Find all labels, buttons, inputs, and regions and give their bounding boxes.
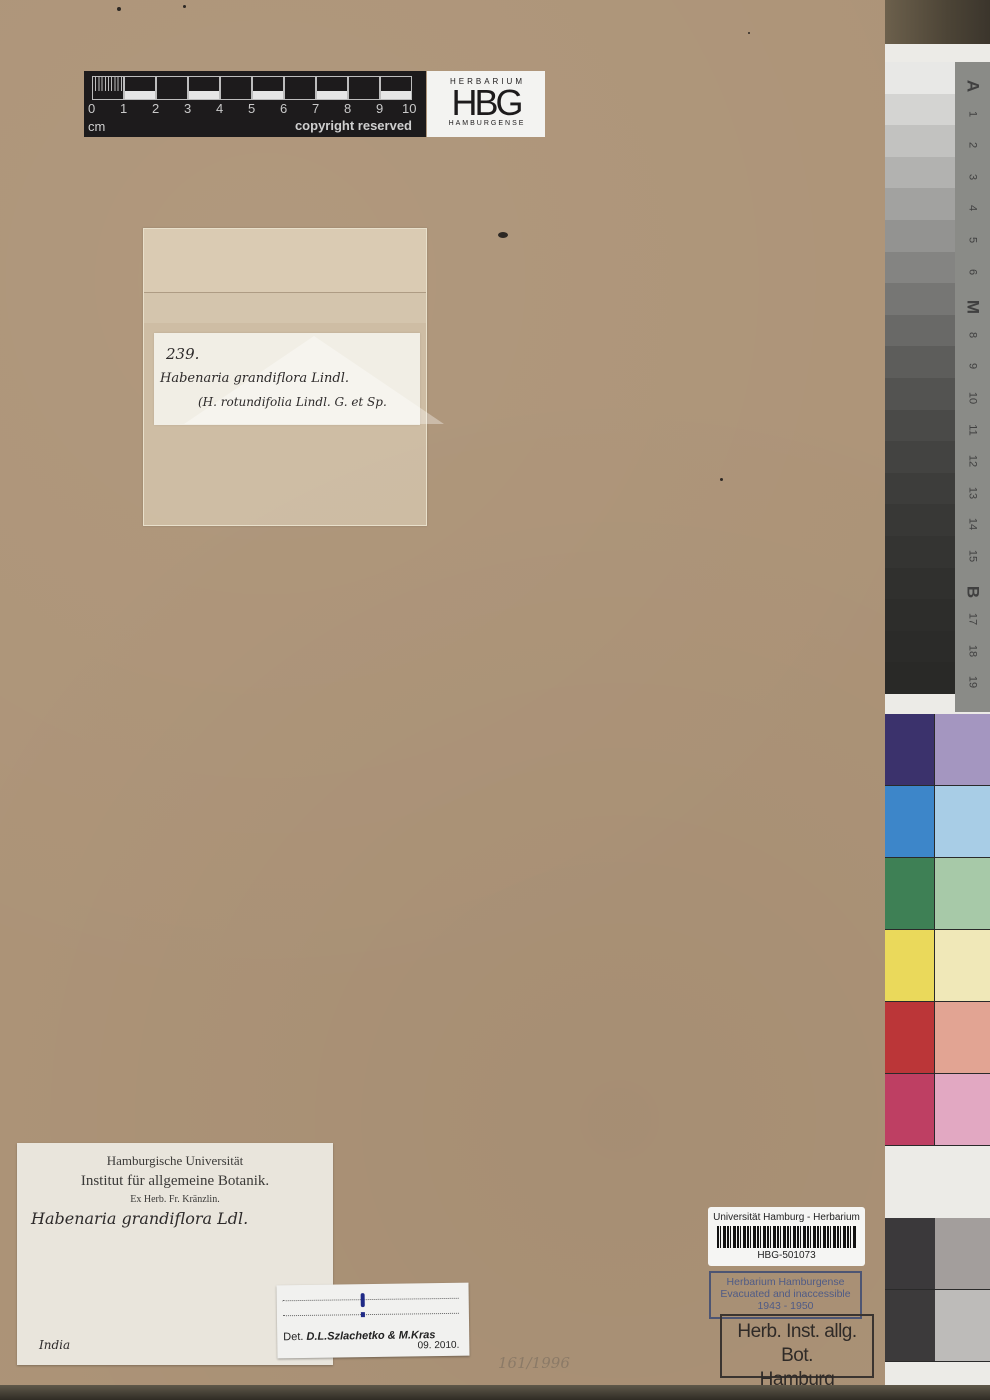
logo-bottom-text: HAMBURGENSE: [427, 120, 545, 127]
scale-ruler: 0 1 2 3 4 5 6 7 8 9 10 cm copyright rese…: [84, 71, 426, 137]
pencil-accession-note: 161/1996: [498, 1354, 570, 1372]
gray-step: [885, 315, 955, 347]
barcode-title: Universität Hamburg - Herbarium: [708, 1212, 865, 1223]
ruler-number: 9: [376, 101, 383, 116]
envelope-fold: [144, 229, 426, 293]
gray-step: [885, 346, 955, 378]
stamp-line: 1943 - 1950: [711, 1300, 860, 1312]
ruler-number: 4: [216, 101, 223, 116]
exclamation-dot: [361, 1312, 365, 1317]
gray-step: [885, 283, 955, 315]
ruler-number: 3: [184, 101, 191, 116]
ruler-scale-bar: [92, 76, 412, 100]
hbg-logo: HERBARIUM HBG HAMBURGENSE: [427, 71, 545, 137]
gray-step: [885, 631, 955, 663]
evacuation-stamp: Herbarium Hamburgense Evacuated and inac…: [709, 1271, 862, 1319]
gray-step-label: 6: [967, 254, 979, 289]
color-patch: [885, 930, 935, 1002]
gray-step-label: 15: [967, 539, 979, 574]
ruler-number: 2: [152, 101, 159, 116]
color-patch: [885, 714, 935, 786]
ruler-number: 7: [312, 101, 319, 116]
gray-step: [885, 568, 955, 600]
color-patch: [885, 858, 935, 930]
logo-main-text: HBG: [427, 86, 545, 120]
neutral-patch: [935, 1290, 990, 1362]
ruler-number: 1: [120, 101, 127, 116]
dotted-line: [283, 1298, 459, 1301]
gray-step: [885, 252, 955, 284]
copyright-text: copyright reserved: [295, 118, 412, 133]
ex-herbarium: Ex Herb. Fr. Kränzlin.: [17, 1194, 333, 1205]
neutral-patch: [885, 1218, 935, 1290]
speck: [498, 232, 508, 238]
dotted-line: [283, 1313, 459, 1316]
color-patch: [885, 1002, 935, 1074]
gray-step: [885, 188, 955, 220]
stamp-line: Herb. Inst. allg. Bot.: [722, 1320, 872, 1368]
color-patch: [935, 786, 990, 858]
gray-step: [885, 536, 955, 568]
ruler-number: 5: [248, 101, 255, 116]
speck: [183, 5, 186, 8]
ruler-number: 10: [402, 101, 416, 116]
gray-step: [885, 94, 955, 126]
neutral-patch: [885, 1290, 935, 1362]
barcode-label: Universität Hamburg - Herbarium HBG-5010…: [708, 1207, 865, 1266]
gray-step-label: 19: [967, 665, 979, 700]
determination-label: Det. D.L.Szlachetko & M.Kras 09. 2010.: [276, 1283, 469, 1359]
speck: [720, 478, 723, 481]
gray-step-label: 13: [967, 475, 979, 510]
stamp-line: Evacuated and inaccessible: [711, 1288, 860, 1300]
gray-step-label: 8: [967, 317, 979, 352]
gray-step-label: 5: [967, 223, 979, 258]
color-patch: [885, 1074, 935, 1146]
determination-date: 09. 2010.: [418, 1340, 460, 1352]
determiner-text: Det. D.L.Szlachetko & M.Kras: [283, 1329, 435, 1343]
gray-step-label: 10: [967, 381, 979, 416]
gray-step-label: 3: [967, 159, 979, 194]
speck: [117, 7, 121, 11]
institute-stamp: Herb. Inst. allg. Bot. Hamburg: [720, 1314, 874, 1378]
gray-step-label: 9: [967, 349, 979, 384]
grayscale-labels: A123456M89101112131415B171819: [955, 62, 990, 712]
exclamation-mark: [361, 1293, 365, 1307]
grayscale-strip: [885, 62, 955, 694]
species-name: Habenaria grandiflora Ldl.: [31, 1209, 248, 1228]
gray-step: [885, 662, 955, 694]
specimen-envelope: 239. Habenaria grandiflora Lindl. (H. ro…: [143, 228, 427, 526]
taxon-name: Habenaria grandiflora Lindl.: [160, 371, 349, 386]
color-patch: [935, 930, 990, 1002]
gray-step-label: 1: [967, 96, 979, 131]
gray-step-label: 14: [967, 507, 979, 542]
gray-step: [885, 473, 955, 505]
speck: [748, 32, 750, 34]
gray-step: [885, 441, 955, 473]
stamp-line: Herbarium Hamburgense: [711, 1276, 860, 1288]
color-patch: [935, 1074, 990, 1146]
ruler-unit: cm: [88, 119, 105, 134]
color-patch: [935, 858, 990, 930]
gray-step: [885, 157, 955, 189]
herbarium-sheet: 0 1 2 3 4 5 6 7 8 9 10 cm copyright rese…: [0, 0, 885, 1400]
gray-step: [885, 220, 955, 252]
color-patch: [935, 714, 990, 786]
ruler-number: 0: [88, 101, 95, 116]
determiner-names: D.L.Szlachetko & M.Kras: [306, 1329, 435, 1343]
ruler-number: 8: [344, 101, 351, 116]
neutral-patch: [935, 1218, 990, 1290]
color-patch: [885, 786, 935, 858]
gray-step: [885, 125, 955, 157]
barcode-id: HBG-501073: [708, 1250, 865, 1261]
gray-step: [885, 599, 955, 631]
institute-name: Institut für allgemeine Botanik.: [17, 1173, 333, 1190]
gray-step: [885, 378, 955, 410]
envelope-fold: [144, 293, 426, 323]
envelope-label: 239. Habenaria grandiflora Lindl. (H. ro…: [154, 333, 420, 425]
color-patch: [935, 1002, 990, 1074]
gray-step: [885, 504, 955, 536]
gray-step-label: 17: [967, 602, 979, 637]
gray-step: [885, 410, 955, 442]
gray-step-label: 4: [967, 191, 979, 226]
gray-step-label: 2: [967, 128, 979, 163]
gray-step-label: 12: [967, 444, 979, 479]
collection-number: 239.: [166, 345, 199, 363]
university-name: Hamburgische Universität: [17, 1153, 333, 1169]
synonym-name: (H. rotundifolia Lindl. G. et Sp.: [198, 395, 387, 409]
gray-step-label: 18: [967, 633, 979, 668]
gray-step-label: 11: [967, 412, 979, 447]
gray-step: [885, 62, 955, 94]
bottom-shadow: [0, 1385, 990, 1400]
card-shadow: [885, 0, 990, 44]
ruler-number: 6: [280, 101, 287, 116]
locality: India: [39, 1338, 70, 1352]
color-calibration-card: A123456M89101112131415B171819: [885, 0, 990, 1400]
barcode: [717, 1226, 856, 1248]
det-prefix: Det.: [283, 1331, 303, 1343]
